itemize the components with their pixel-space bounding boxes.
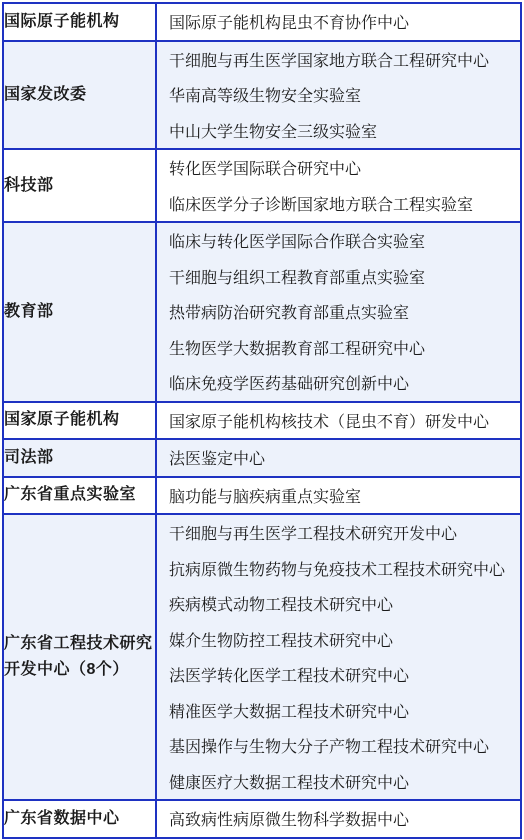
institution-item: 临床医学分子诊断国家地方联合工程实验室 bbox=[157, 186, 520, 222]
institution-item: 干细胞与再生医学工程技术研究开发中心 bbox=[157, 515, 520, 551]
institution-item: 基因操作与生物大分子产物工程技术研究中心 bbox=[157, 728, 520, 764]
institutions-table-body: 国际原子能机构国际原子能机构昆虫不育协作中心国家发改委干细胞与再生医学国家地方联… bbox=[3, 3, 521, 838]
institution-item: 精准医学大数据工程技术研究中心 bbox=[157, 693, 520, 729]
category-cell: 教育部 bbox=[3, 222, 156, 402]
institution-item: 热带病防治研究教育部重点实验室 bbox=[157, 294, 520, 330]
institutions-cell: 干细胞与再生医学工程技术研究开发中心抗病原微生物药物与免疫技术工程技术研究中心疾… bbox=[156, 514, 521, 800]
institution-item: 生物医学大数据教育部工程研究中心 bbox=[157, 330, 520, 366]
table-row: 教育部临床与转化医学国际合作联合实验室干细胞与组织工程教育部重点实验室热带病防治… bbox=[3, 222, 521, 402]
table-row: 国际原子能机构国际原子能机构昆虫不育协作中心 bbox=[3, 3, 521, 41]
category-cell: 科技部 bbox=[3, 149, 156, 222]
table-row: 广东省数据中心高致病性病原微生物科学数据中心 bbox=[3, 800, 521, 838]
table-row: 广东省重点实验室脑功能与脑疾病重点实验室 bbox=[3, 477, 521, 515]
institution-item: 国际原子能机构昆虫不育协作中心 bbox=[157, 4, 520, 40]
institutions-cell: 国家原子能机构核技术（昆虫不育）研发中心 bbox=[156, 402, 521, 440]
institution-item: 中山大学生物安全三级实验室 bbox=[157, 113, 520, 149]
institutions-cell: 法医鉴定中心 bbox=[156, 439, 521, 477]
category-cell: 国际原子能机构 bbox=[3, 3, 156, 41]
institution-item: 干细胞与组织工程教育部重点实验室 bbox=[157, 259, 520, 295]
institution-item: 华南高等级生物安全实验室 bbox=[157, 77, 520, 113]
category-cell: 司法部 bbox=[3, 439, 156, 477]
category-cell: 广东省重点实验室 bbox=[3, 477, 156, 515]
institution-item: 转化医学国际联合研究中心 bbox=[157, 150, 520, 186]
institution-item: 脑功能与脑疾病重点实验室 bbox=[157, 478, 520, 514]
table-row: 科技部转化医学国际联合研究中心临床医学分子诊断国家地方联合工程实验室 bbox=[3, 149, 521, 222]
institutions-cell: 转化医学国际联合研究中心临床医学分子诊断国家地方联合工程实验室 bbox=[156, 149, 521, 222]
institutions-table: 国际原子能机构国际原子能机构昆虫不育协作中心国家发改委干细胞与再生医学国家地方联… bbox=[2, 2, 522, 839]
institution-item: 国家原子能机构核技术（昆虫不育）研发中心 bbox=[157, 403, 520, 439]
institution-item: 高致病性病原微生物科学数据中心 bbox=[157, 801, 520, 837]
institution-item: 健康医疗大数据工程技术研究中心 bbox=[157, 764, 520, 800]
institutions-cell: 高致病性病原微生物科学数据中心 bbox=[156, 800, 521, 838]
table-row: 广东省工程技术研究开发中心（8个）干细胞与再生医学工程技术研究开发中心抗病原微生… bbox=[3, 514, 521, 800]
category-cell: 国家发改委 bbox=[3, 41, 156, 150]
institutions-cell: 国际原子能机构昆虫不育协作中心 bbox=[156, 3, 521, 41]
category-cell: 国家原子能机构 bbox=[3, 402, 156, 440]
institution-item: 临床免疫学医药基础研究创新中心 bbox=[157, 365, 520, 401]
institution-item: 干细胞与再生医学国家地方联合工程研究中心 bbox=[157, 42, 520, 78]
institution-item: 抗病原微生物药物与免疫技术工程技术研究中心 bbox=[157, 551, 520, 587]
table-row: 国家发改委干细胞与再生医学国家地方联合工程研究中心华南高等级生物安全实验室中山大… bbox=[3, 41, 521, 150]
category-cell: 广东省数据中心 bbox=[3, 800, 156, 838]
table-row: 国家原子能机构国家原子能机构核技术（昆虫不育）研发中心 bbox=[3, 402, 521, 440]
institution-item: 法医鉴定中心 bbox=[157, 440, 520, 476]
institution-item: 临床与转化医学国际合作联合实验室 bbox=[157, 223, 520, 259]
institutions-cell: 临床与转化医学国际合作联合实验室干细胞与组织工程教育部重点实验室热带病防治研究教… bbox=[156, 222, 521, 402]
institutions-cell: 脑功能与脑疾病重点实验室 bbox=[156, 477, 521, 515]
category-cell: 广东省工程技术研究开发中心（8个） bbox=[3, 514, 156, 800]
institution-item: 疾病模式动物工程技术研究中心 bbox=[157, 586, 520, 622]
institution-item: 法医学转化医学工程技术研究中心 bbox=[157, 657, 520, 693]
table-row: 司法部法医鉴定中心 bbox=[3, 439, 521, 477]
institutions-cell: 干细胞与再生医学国家地方联合工程研究中心华南高等级生物安全实验室中山大学生物安全… bbox=[156, 41, 521, 150]
institution-item: 媒介生物防控工程技术研究中心 bbox=[157, 622, 520, 658]
